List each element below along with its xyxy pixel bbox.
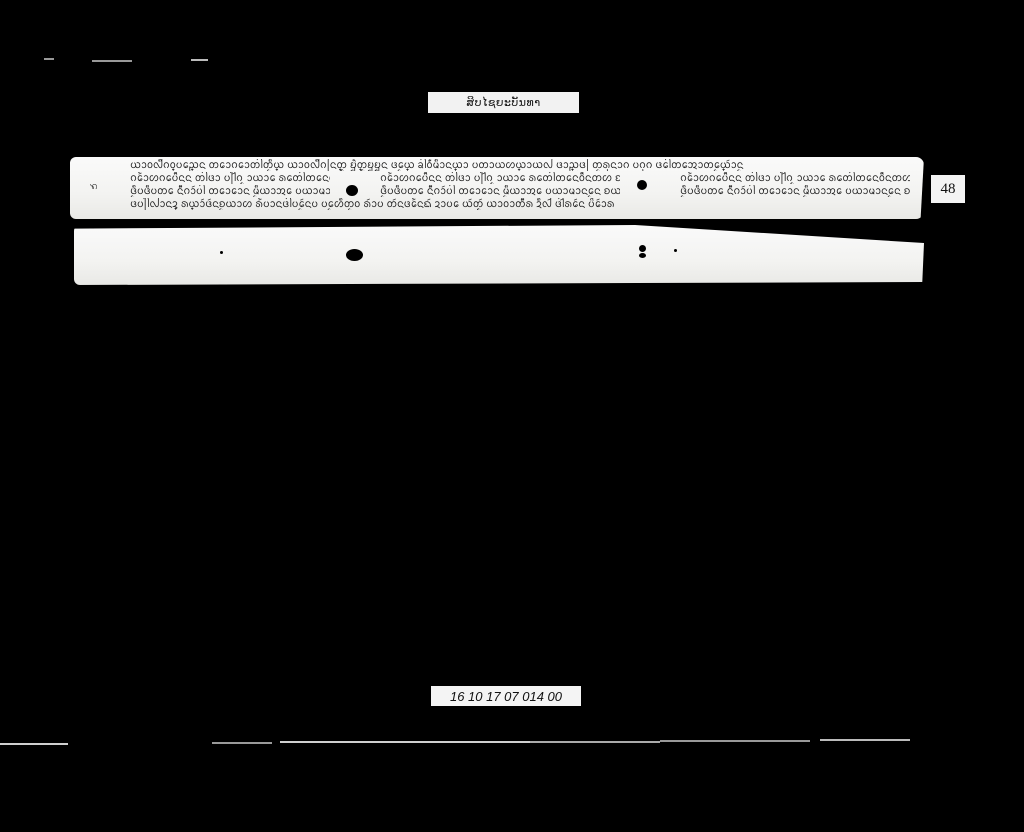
scan-artifact bbox=[212, 742, 272, 744]
palm-leaf-1: ꩫ ᨿᩣᩅᩓᩥᨣ᩠ᩅᨷᩮ᩠ᨬᨶ ᨲᩮᩣᨣᩮᩣᨲᩤᨲᩥᩬ᩠ᨿ ᨿᩣᩅᩓᩥᨣᩕᨶ᩠ᨲ… bbox=[70, 157, 924, 219]
page-number: 48 bbox=[941, 181, 956, 198]
page-number-label: 48 bbox=[931, 175, 965, 203]
scan-artifact bbox=[660, 740, 810, 742]
string-hole bbox=[346, 185, 358, 196]
script-line: ᨿᩣᩅᩓᩥᨣ᩠ᩅᨷᩮ᩠ᨬᨶ ᨲᩮᩣᨣᩮᩣᨲᩤᨲᩥᩬ᩠ᨿ ᨿᩣᩅᩓᩥᨣᩕᨶ᩠ᨲᩬᩬ… bbox=[130, 159, 910, 171]
manuscript-title-label: ສິບໄຊຍະບັນທາ bbox=[428, 92, 579, 113]
scan-artifact bbox=[191, 59, 208, 61]
manuscript-title: ສິບໄຊຍະບັນທາ bbox=[466, 96, 540, 109]
scan-artifact bbox=[0, 743, 68, 745]
scan-artifact bbox=[92, 60, 132, 62]
string-hole bbox=[639, 245, 646, 252]
string-hole bbox=[639, 253, 646, 258]
catalogue-id: 16 10 17 07 014 00 bbox=[450, 689, 562, 704]
blemish bbox=[220, 251, 223, 254]
leaf-margin-mark: ꩫ bbox=[90, 179, 98, 195]
palm-leaf-2 bbox=[74, 225, 924, 285]
blemish bbox=[674, 249, 677, 252]
script-line: ᨣᩮᩢᩢᩣᩉᨣᩮᨷᩦᩢᨶᨶ ᨲᩤᨴᩣ ᨷᩕᩤᩢᨣ ᩬᩬᩣᨿᩣᩮ ᩁᩮᨲᩤᨲᩮᨶᩅ… bbox=[380, 172, 620, 184]
script-line: ᨣᩮᩢᩢᩣᩉᨣᩮᨷᩦᩢᨶᨶ ᨲᩤᨴᩣ ᨷᩕᩤᩢᨣ ᩬᩬᩣᨿᩣᩮ ᩁᩮᨲᩤᨲᩮᨶᩅ… bbox=[130, 172, 330, 184]
scan-artifact bbox=[280, 741, 530, 743]
string-hole bbox=[346, 249, 363, 261]
script-line: ᨴᨷᩕᩤᩓᩣᨶ᩠ᨯ ᩁ᩠ᨿᩣᩢᨴᩢᨶᨧᩬᨿᩣᩉ ᩁᩢᩢᨷᩣᨶᨴᩤᨷᩮᩬᩢᨶᨷ ᨷ… bbox=[130, 198, 910, 210]
script-line: ᨴᩥᩬᨷᨴᩥᨷᨲᩮ ᨶᩥᩢᨣᩣᩢᨷᩤ ᨲᩮᩣᩮᩣᨶ ᨾᩥᩬᨿᩣᩋᩮ ᨷᨿᩣᨾᩣᨶ… bbox=[130, 185, 330, 197]
string-hole bbox=[637, 180, 647, 190]
scan-artifact bbox=[530, 741, 660, 743]
catalogue-id-label: 16 10 17 07 014 00 bbox=[431, 686, 581, 706]
script-line: ᨴᩥᩬᨷᨴᩥᨷᨲᩮ ᨶᩥᩢᨣᩣᩢᨷᩤ ᨲᩮᩣᩮᩣᨶ ᨾᩥᩬᨿᩣᩋᩮ ᨷᨿᩣᨾᩣᨶ… bbox=[680, 185, 910, 197]
scan-artifact bbox=[820, 739, 910, 741]
script-line: ᨣᩮᩢᩢᩣᩉᨣᩮᨷᩦᩢᨶᨶ ᨲᩤᨴᩣ ᨷᩕᩤᩢᨣ ᩬᩬᩣᨿᩣᩮ ᩁᩮᨲᩤᨲᩮᨶᩅ… bbox=[680, 172, 910, 184]
script-line: ᨴᩥᩬᨷᨴᩥᨷᨲᩮ ᨶᩥᩢᨣᩣᩢᨷᩤ ᨲᩮᩣᩮᩣᨶ ᨾᩥᩬᨿᩣᩋᩮ ᨷᨿᩣᨾᩣᨶ… bbox=[380, 185, 620, 197]
scan-artifact bbox=[44, 58, 54, 60]
